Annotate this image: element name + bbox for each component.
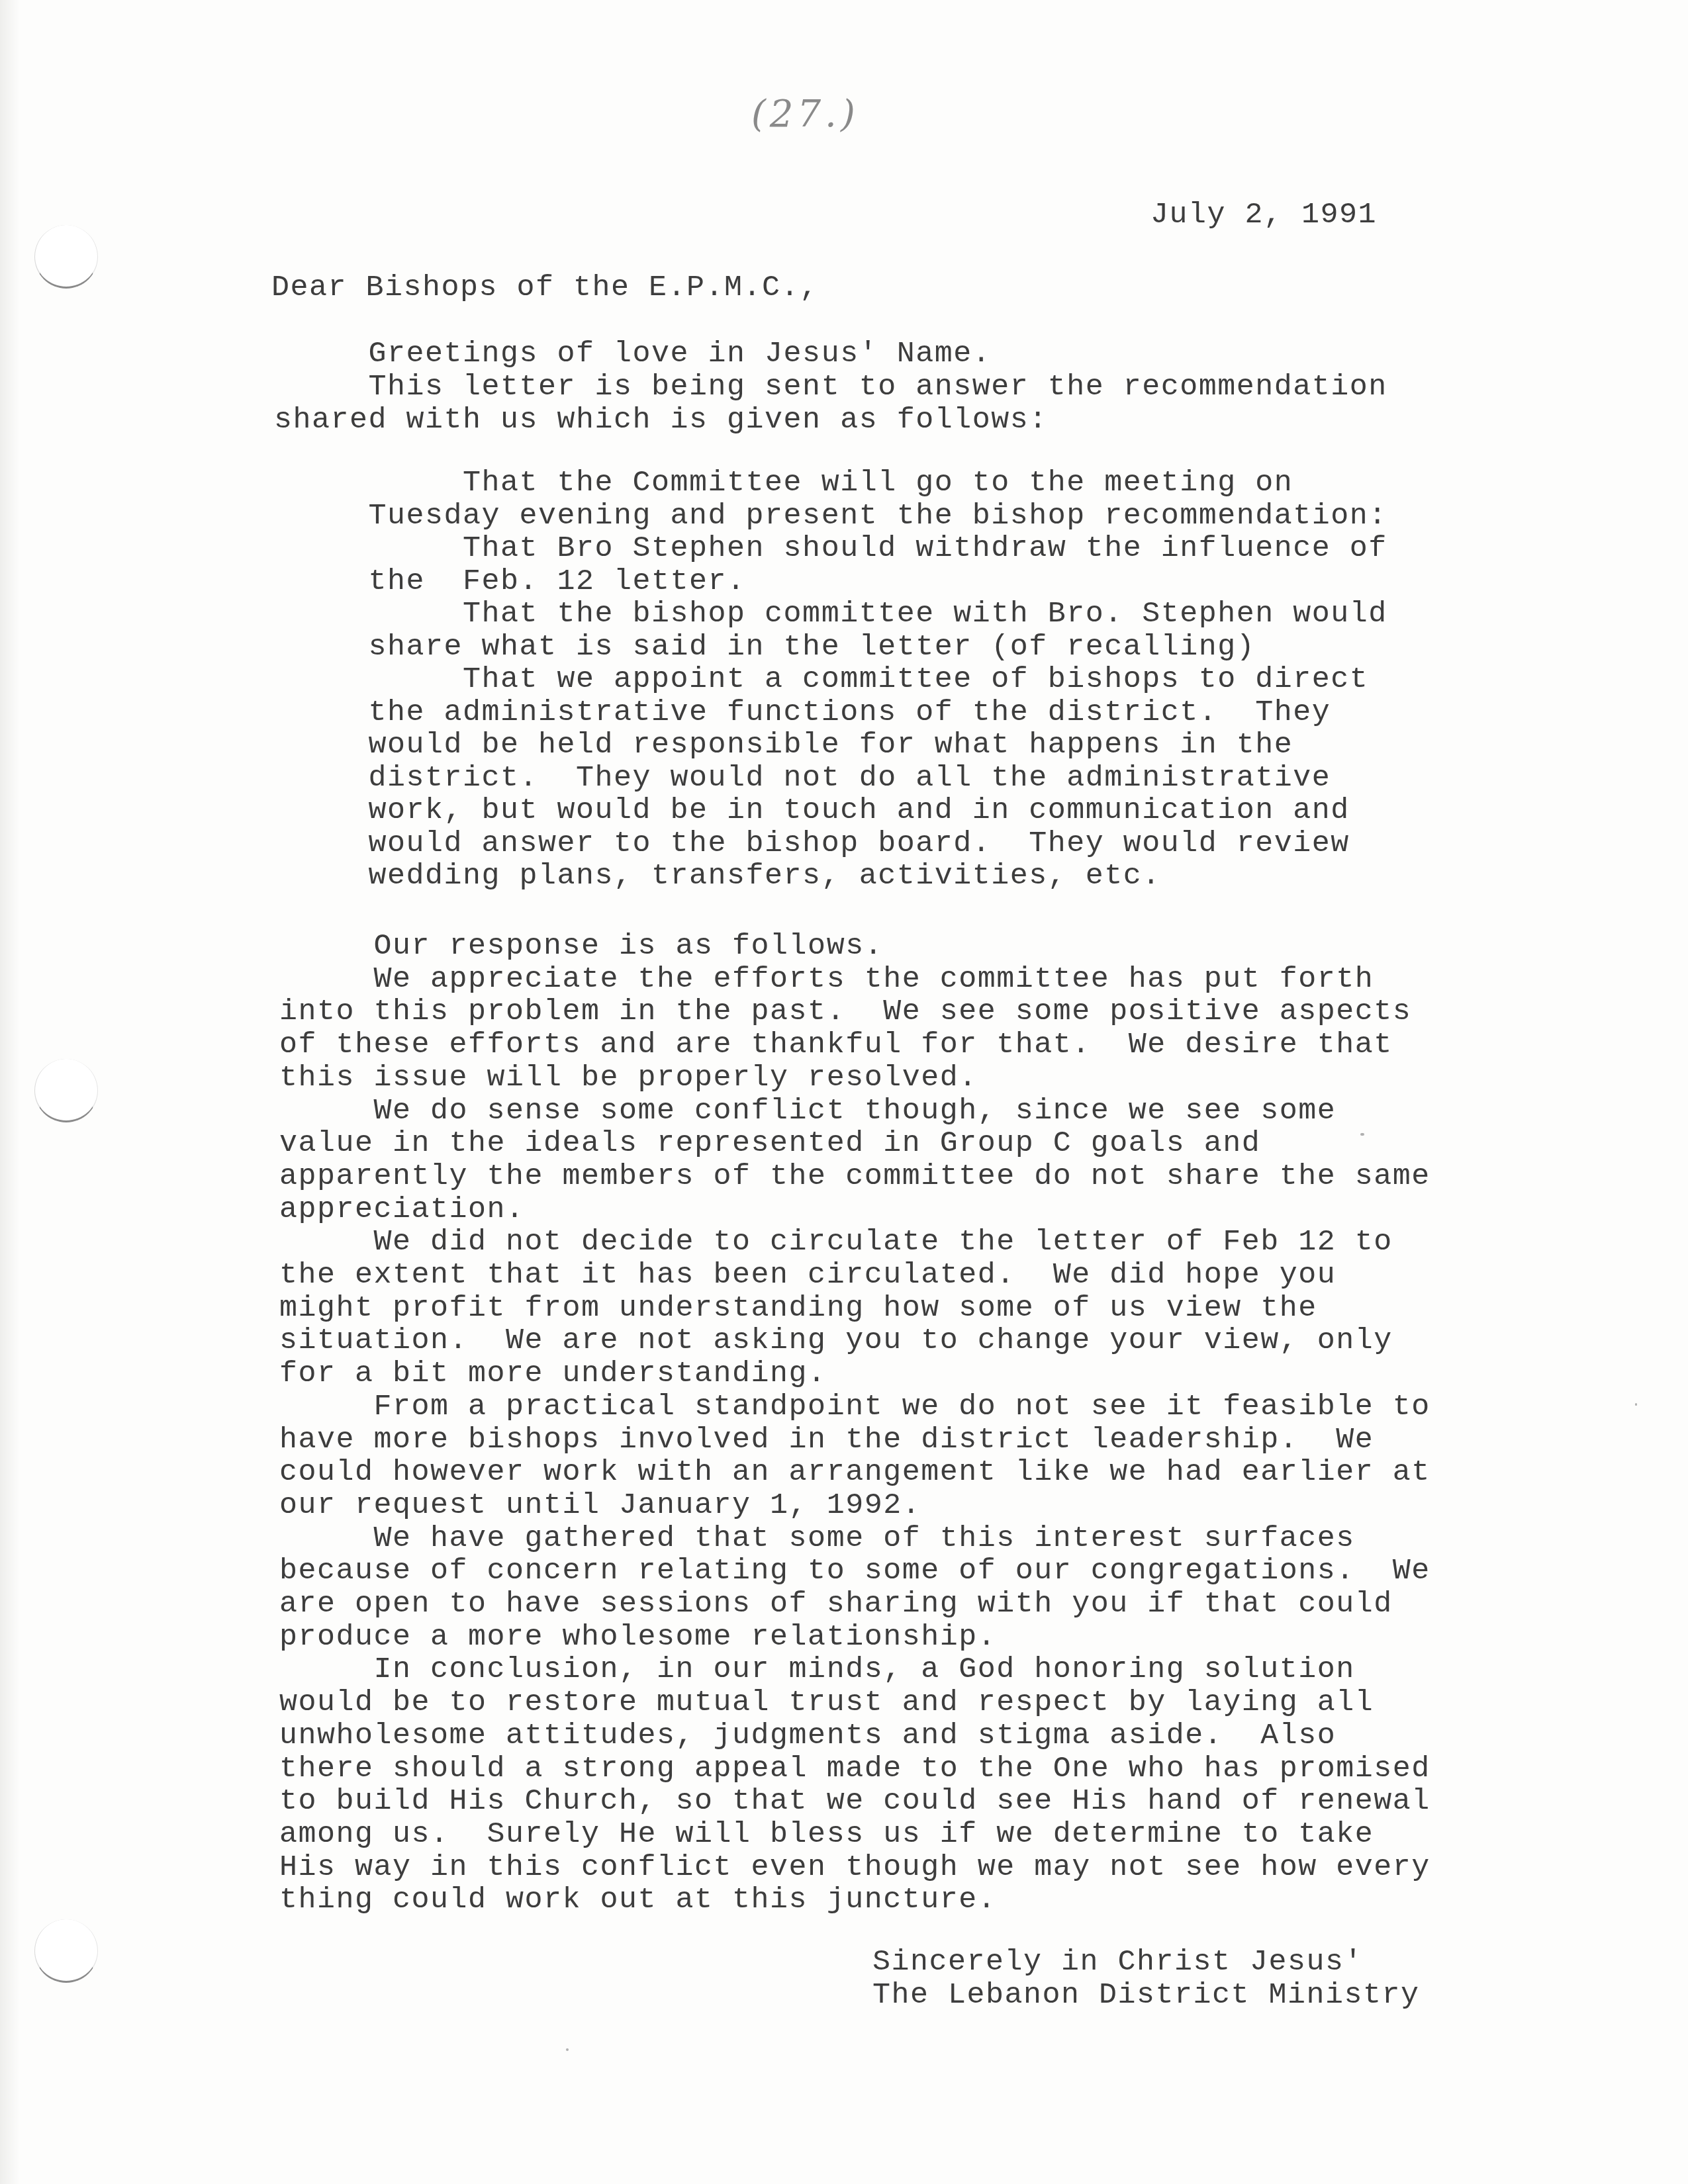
recommendation-line: That we appoint a committee of bishops t… (274, 663, 1368, 696)
intro-line: shared with us which is given as follows… (274, 404, 1048, 437)
punch-hole (34, 225, 98, 289)
response-line: for a bit more understanding. (279, 1357, 827, 1390)
response-line: might profit from understanding how some… (279, 1292, 1317, 1325)
recommendation-line: That the bishop committee with Bro. Step… (274, 598, 1387, 631)
response-line: would be to restore mutual trust and res… (279, 1686, 1374, 1719)
response-line: apparently the members of the committee … (279, 1160, 1430, 1193)
signature: The Lebanon District Ministry (872, 1979, 1420, 2012)
recommendation-line: That the Committee will go to the meetin… (274, 467, 1293, 500)
punch-hole (34, 1919, 98, 1983)
response-line: could however work with an arrangement l… (279, 1456, 1430, 1489)
response-line: unwholesome attitudes, judgments and sti… (279, 1719, 1336, 1752)
response-line: appreciation. (279, 1193, 525, 1226)
recommendation-line: Tuesday evening and present the bishop r… (274, 500, 1387, 533)
response-line: produce a more wholesome relationship. (279, 1621, 996, 1654)
scan-speck (566, 2048, 569, 2051)
salutation: Dear Bishops of the E.P.M.C., (271, 271, 819, 304)
recommendation-line: the Feb. 12 letter. (274, 565, 746, 598)
response-line: our request until January 1, 1992. (279, 1489, 921, 1522)
response-line: among us. Surely He will bless us if we … (279, 1818, 1374, 1851)
response-line: We have gathered that some of this inter… (279, 1522, 1355, 1555)
response-line: We appreciate the efforts the committee … (279, 963, 1374, 996)
page-number-annotation: (27.) (751, 93, 859, 136)
response-line: Our response is as follows. (279, 930, 883, 963)
recommendation-line: wedding plans, transfers, activities, et… (274, 860, 1161, 893)
response-line: to build His Church, so that we could se… (279, 1785, 1430, 1818)
response-line: have more bishops involved in the distri… (279, 1424, 1374, 1457)
response-line: into this problem in the past. We see so… (279, 995, 1411, 1028)
response-line: We did not decide to circulate the lette… (279, 1226, 1393, 1259)
response-line: the extent that it has been circulated. … (279, 1259, 1336, 1292)
response-line: because of concern relating to some of o… (279, 1555, 1430, 1588)
response-line: there should a strong appeal made to the… (279, 1752, 1430, 1786)
recommendation-line: the administrative functions of the dist… (274, 696, 1331, 729)
letter-date: July 2, 1991 (1150, 199, 1377, 232)
response-line: thing could work out at this juncture. (279, 1884, 996, 1917)
scan-speck (1360, 1133, 1364, 1136)
intro-line: Greetings of love in Jesus' Name. (274, 338, 991, 371)
response-line: In conclusion, in our minds, a God honor… (279, 1653, 1355, 1686)
intro-line: This letter is being sent to answer the … (274, 371, 1387, 404)
recommendation-line: share what is said in the letter (of rec… (274, 631, 1255, 664)
response-line: are open to have sessions of sharing wit… (279, 1588, 1393, 1621)
response-line: We do sense some conflict though, since … (279, 1095, 1336, 1128)
response-line: value in the ideals represented in Group… (279, 1127, 1260, 1160)
recommendation-line: work, but would be in touch and in commu… (274, 794, 1350, 827)
response-line: From a practical standpoint we do not se… (279, 1390, 1430, 1424)
response-line: of these efforts and are thankful for th… (279, 1028, 1393, 1062)
recommendation-line: would be held responsible for what happe… (274, 729, 1293, 762)
recommendation-line: district. They would not do all the admi… (274, 762, 1331, 795)
closing: Sincerely in Christ Jesus' (872, 1946, 1363, 1979)
recommendation-line: That Bro Stephen should withdraw the inf… (274, 532, 1387, 565)
page-edge-shadow (0, 0, 20, 2184)
recommendation-line: would answer to the bishop board. They w… (274, 827, 1350, 860)
response-line: this issue will be properly resolved. (279, 1062, 978, 1095)
response-line: His way in this conflict even though we … (279, 1851, 1430, 1884)
punch-hole (34, 1059, 98, 1122)
response-line: situation. We are not asking you to chan… (279, 1324, 1393, 1357)
scan-speck (1635, 1403, 1637, 1406)
